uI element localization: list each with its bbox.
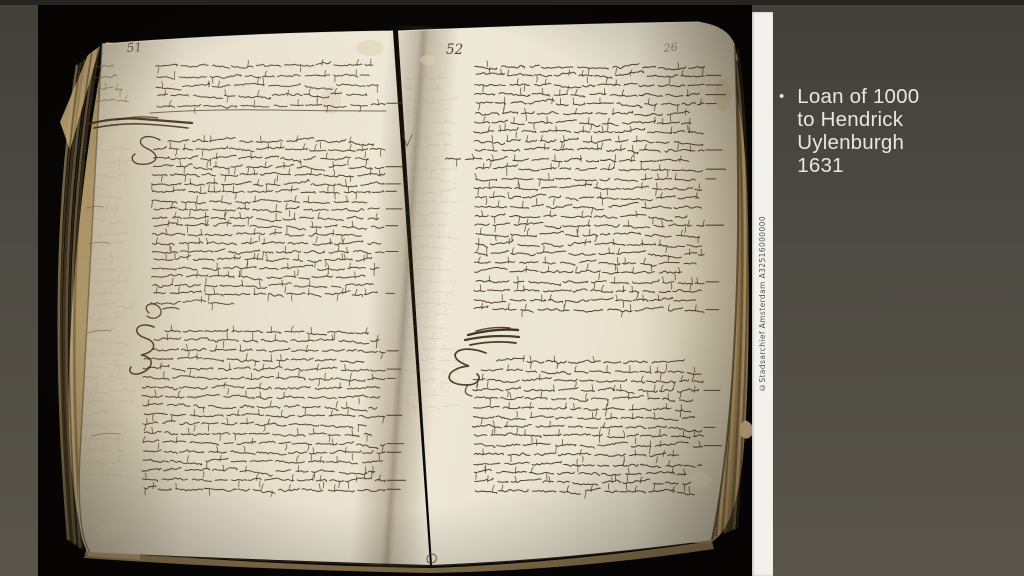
- caption-bullet-item: • Loan of 1000 to Hendrick Uylenburgh 16…: [779, 85, 949, 177]
- manuscript-book-illustration: 51 52 26: [38, 5, 752, 576]
- manuscript-photo: 51 52 26: [38, 5, 752, 576]
- watermark-strip: ©Stadsarchief Amsterdam A32516000000: [752, 12, 773, 576]
- caption-text: Loan of 1000 to Hendrick Uylenburgh 1631: [797, 85, 923, 177]
- photo-vignette: [38, 5, 752, 576]
- presentation-slide: 51 52 26 ©Stadsarchief Amsterdam A325160…: [0, 0, 1024, 576]
- watermark-text: ©Stadsarchief Amsterdam A32516000000: [758, 216, 767, 392]
- bullet-marker: •: [779, 85, 784, 177]
